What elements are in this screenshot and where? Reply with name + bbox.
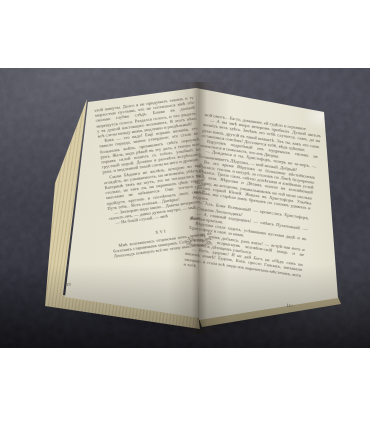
page-number-left: 116 <box>64 283 72 289</box>
listing-photo-frame: этой минуты. Долго я не придумалъ такимъ… <box>0 0 370 423</box>
right-page-text: мой ожогъ... Ея-то, домашнее, ей гудѣло … <box>183 112 322 283</box>
page-number-right: 117 <box>286 304 294 310</box>
book-photo: этой минуты. Долго я не придумалъ такимъ… <box>0 68 370 348</box>
